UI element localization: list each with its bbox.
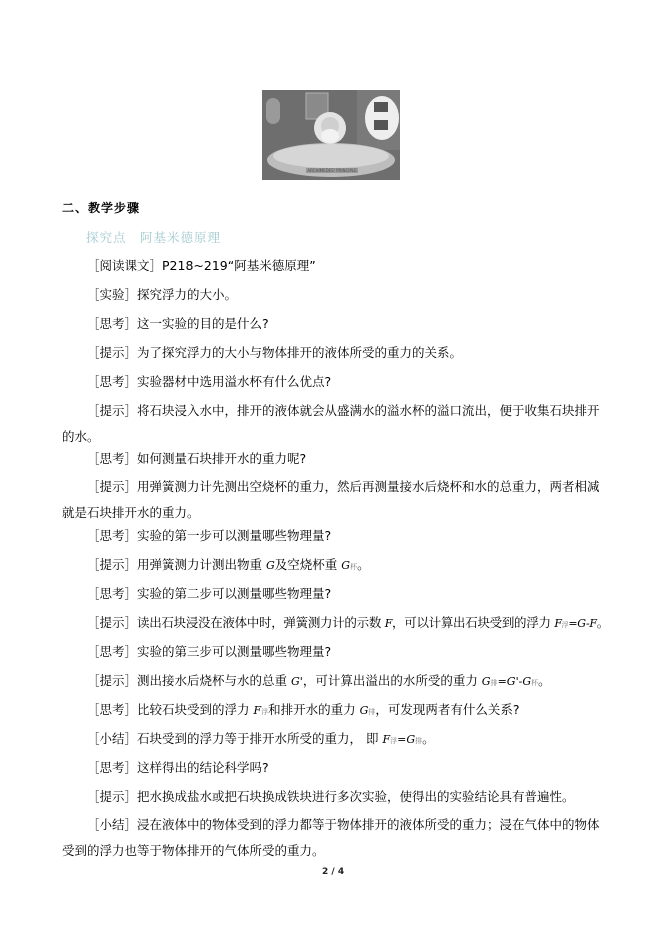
formula: =G — [397, 733, 415, 746]
formula: =G'-G — [498, 675, 532, 688]
experiment-line: ［实验］探究浮力的大小。 — [87, 287, 237, 303]
tag-label: ［小结］ — [87, 817, 137, 832]
hint-paragraph: ［提示］用弹簧测力计先测出空烧杯的重力，然后再测量接水后烧杯和水的总重力，两者相… — [62, 474, 602, 526]
line-text: 这一实验的目的是什么? — [137, 316, 269, 331]
line-text: ，可以计算出石块受到的浮力 — [392, 615, 554, 630]
tag-label: ［思考］ — [87, 586, 137, 601]
tag-label: ［思考］ — [87, 528, 137, 543]
tag-label: ［小结］ — [87, 731, 137, 746]
svg-text:ARCHIMEDES' PRINCIPLE: ARCHIMEDES' PRINCIPLE — [307, 168, 357, 173]
hint-line: ［提示］把水换成盐水或把石块换成铁块进行多次实验，使得出的实验结论具有普遍性。 — [87, 789, 575, 805]
variable: F — [254, 704, 262, 717]
line-text: 将石块浸入水中，排开的液体就会从盛满水的溢水杯的溢口流出，便于收集石块排开的水。 — [62, 403, 600, 444]
variable: G — [266, 559, 275, 572]
question-line: ［思考］如何测量石块排开水的重力呢? — [87, 451, 306, 467]
tag-label: ［思考］ — [87, 374, 137, 389]
question-line: ［思考］实验器材中选用溢水杯有什么优点? — [87, 374, 331, 390]
line-text: 用弹簧测力计先测出空烧杯的重力，然后再测量接水后烧杯和水的总重力，两者相减就是石… — [62, 479, 600, 520]
line-text: 及空烧杯重 — [275, 557, 341, 572]
page-number: 2 / 4 — [322, 867, 344, 877]
section-title: 二、教学步骤 — [62, 199, 140, 216]
hint-line: ［提示］测出接水后烧杯与水的总重 G'，可计算出溢出的水所受的重力 G排=G'-… — [87, 673, 551, 691]
reading-line: ［阅读课文］P218~219“阿基米德原理” — [87, 258, 316, 274]
variable: F — [554, 617, 561, 630]
tag-label: ［提示］ — [87, 479, 137, 494]
question-line: ［思考］实验的第二步可以测量哪些物理量? — [87, 586, 331, 602]
variable: G — [482, 675, 491, 688]
line-text: 这样得出的结论科学吗? — [137, 760, 269, 775]
line-text: 。 — [538, 673, 551, 688]
subheading-exploration: 探究点 阿基米德原理 — [86, 228, 221, 246]
variable: F — [385, 617, 392, 630]
variable: G' — [291, 675, 303, 688]
tag-label: ［思考］ — [87, 702, 137, 717]
line-text: 实验器材中选用溢水杯有什么优点? — [137, 374, 331, 389]
tag-label: ［提示］ — [87, 403, 137, 418]
line-text: P218~219“阿基米德原理” — [162, 258, 316, 273]
line-text: 浸在液体中的物体受到的浮力都等于物体排开的液体所受的重力；浸在气体中的物体受到的… — [62, 817, 600, 858]
tag-label: ［提示］ — [87, 615, 137, 630]
question-line: ［思考］实验的第三步可以测量哪些物理量? — [87, 644, 331, 660]
variable: F — [382, 733, 390, 746]
line-text: ，可发现两者有什么关系? — [375, 702, 519, 717]
line-text: ，可计算出溢出的水所受的重力 — [303, 673, 482, 688]
tag-label: ［思考］ — [87, 316, 137, 331]
tag-label: ［提示］ — [87, 673, 137, 688]
hint-line: ［提示］为了探究浮力的大小与物体排开的液体所受的重力的关系。 — [87, 345, 462, 361]
subscript: 排 — [491, 679, 498, 687]
tag-label: ［实验］ — [87, 287, 137, 302]
tag-label: ［思考］ — [87, 451, 137, 466]
tag-label: ［思考］ — [87, 644, 137, 659]
tag-label: ［思考］ — [87, 760, 137, 775]
question-line: ［思考］这样得出的结论科学吗? — [87, 760, 269, 776]
line-text: 把水换成盐水或把石块换成铁块进行多次实验，使得出的实验结论具有普遍性。 — [137, 789, 575, 804]
hint-line: ［提示］读出石块浸没在液体中时，弹簧测力计的示数 F，可以计算出石块受到的浮力 … — [87, 615, 609, 633]
question-line: ［思考］实验的第一步可以测量哪些物理量? — [87, 528, 331, 544]
line-text: 为了探究浮力的大小与物体排开的液体所受的重力的关系。 — [137, 345, 462, 360]
line-text: 实验的第一步可以测量哪些物理量? — [137, 528, 331, 543]
question-line: ［思考］这一实验的目的是什么? — [87, 316, 269, 332]
question-line: ［思考］比较石块受到的浮力 F浮和排开水的重力 G排，可发现两者有什么关系? — [87, 702, 520, 720]
line-text: 。 — [422, 731, 435, 746]
line-text: 实验的第三步可以测量哪些物理量? — [137, 644, 331, 659]
line-text: 和排开水的重力 — [268, 702, 359, 717]
archimedes-illustration: ARCHIMEDES' PRINCIPLE — [262, 90, 400, 180]
hint-line: ［提示］用弹簧测力计测出物重 G及空烧杯重 G杯。 — [87, 557, 370, 575]
line-text: 实验的第二步可以测量哪些物理量? — [137, 586, 331, 601]
tag-label: ［阅读课文］ — [87, 258, 162, 273]
variable: G — [341, 559, 350, 572]
line-text: 比较石块受到的浮力 — [137, 702, 253, 717]
tag-label: ［提示］ — [87, 345, 137, 360]
line-text: 探究浮力的大小。 — [137, 287, 237, 302]
summary-paragraph: ［小结］浸在液体中的物体受到的浮力都等于物体排开的液体所受的重力；浸在气体中的物… — [62, 812, 602, 864]
summary-line: ［小结］石块受到的浮力等于排开水所受的重力， 即 F浮=G排。 — [87, 731, 435, 749]
line-text: 。 — [357, 557, 370, 572]
line-text: 读出石块浸没在液体中时，弹簧测力计的示数 — [137, 615, 385, 630]
hint-paragraph: ［提示］将石块浸入水中，排开的液体就会从盛满水的溢水杯的溢口流出，便于收集石块排… — [62, 398, 602, 450]
tag-label: ［提示］ — [87, 557, 137, 572]
formula: =G-F — [568, 617, 596, 630]
line-text: 石块受到的浮力等于排开水所受的重力， 即 — [137, 731, 382, 746]
line-text: 如何测量石块排开水的重力呢? — [137, 451, 306, 466]
tag-label: ［提示］ — [87, 789, 137, 804]
line-text: 。 — [597, 615, 609, 630]
line-text: 测出接水后烧杯与水的总重 — [137, 673, 291, 688]
line-text: 用弹簧测力计测出物重 — [137, 557, 266, 572]
